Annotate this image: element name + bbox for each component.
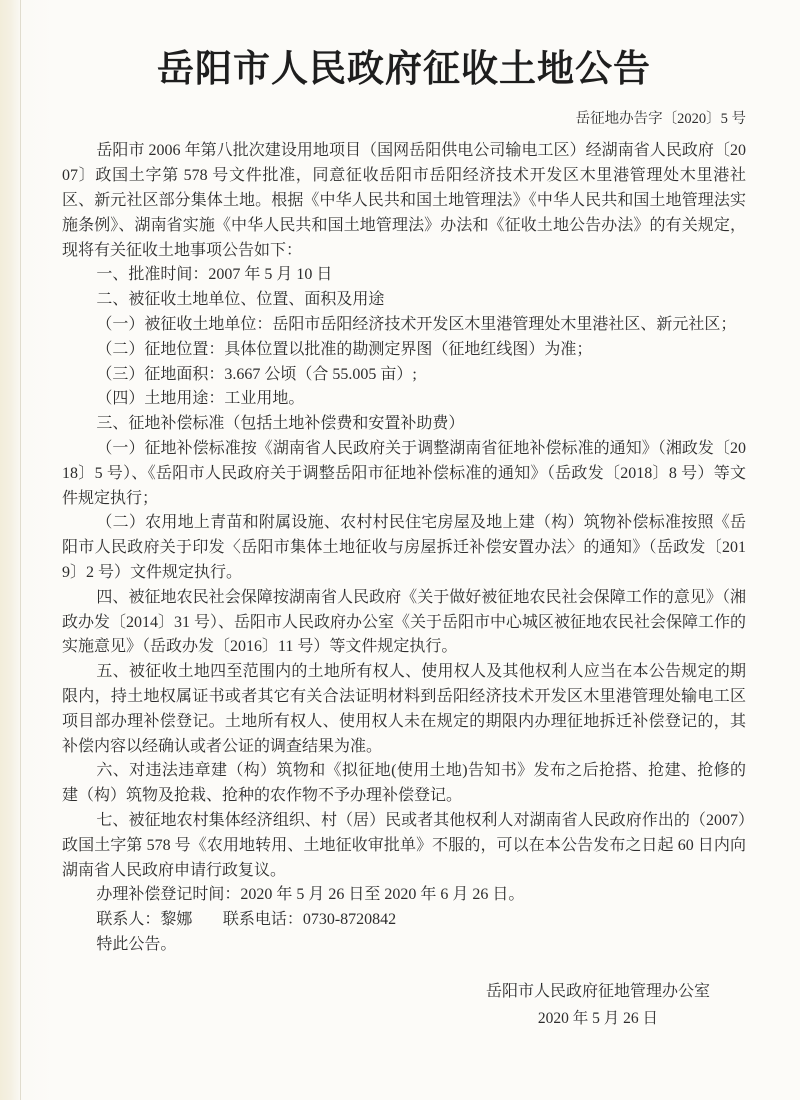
- contact-phone-label: 联系电话：: [223, 911, 303, 928]
- paragraph-illegal-structures: 六、对违法违章建（构）筑物和《拟征地(使用土地)告知书》发布之后抢搭、抢建、抢修…: [62, 759, 746, 809]
- paper-edge: [20, 0, 21, 1100]
- paragraph-land-area: （三）征地面积：3.667 公顷（合 55.005 亩）;: [62, 363, 746, 388]
- paragraph-registration-period: 办理补偿登记时间：2020 年 5 月 26 日至 2020 年 6 月 26 …: [62, 883, 746, 908]
- paragraph-administrative-review: 七、被征地农村集体经济组织、村（居）民或者其他权利人对湖南省人民政府作出的（20…: [62, 809, 746, 883]
- paragraph-land-location: （二）征地位置：具体位置以批准的勘测定界图（征地红线图）为准；: [62, 338, 746, 363]
- contact-person-label: 联系人：: [96, 911, 160, 928]
- paragraph-compensation-standard-1: （一）征地补偿标准按《湖南省人民政府关于调整湖南省征地补偿标准的通知》（湘政发〔…: [62, 437, 746, 511]
- paragraph-section3-heading: 三、征地补偿标准（包括土地补偿费和安置补助费）: [62, 412, 746, 437]
- paragraph-social-security: 四、被征地农民社会保障按湖南省人民政府《关于做好被征地农民社会保障工作的意见》（…: [62, 586, 746, 660]
- paragraph-section2-heading: 二、被征收土地单位、位置、面积及用途: [62, 288, 746, 313]
- paragraph-land-use: （四）土地用途：工业用地。: [62, 387, 746, 412]
- document-content: 岳阳市人民政府征收土地公告 岳征地办告字〔2020〕5 号 岳阳市 2006 年…: [62, 48, 746, 1032]
- document-number: 岳征地办告字〔2020〕5 号: [62, 108, 746, 130]
- signature-org: 岳阳市人民政府征地管理办公室: [486, 978, 710, 1005]
- scanned-document-page: 岳阳市人民政府征收土地公告 岳征地办告字〔2020〕5 号 岳阳市 2006 年…: [0, 0, 800, 1100]
- signature-date: 2020 年 5 月 26 日: [486, 1005, 710, 1032]
- paragraph-registration-notice: 五、被征收土地四至范围内的土地所有权人、使用权人及其他权利人应当在本公告规定的期…: [62, 660, 746, 759]
- paragraph-approval-time: 一、批准时间：2007 年 5 月 10 日: [62, 263, 746, 288]
- signature-block: 岳阳市人民政府征地管理办公室 2020 年 5 月 26 日: [62, 978, 746, 1032]
- contact-line: 联系人：黎娜联系电话：0730-8720842: [62, 908, 746, 933]
- paragraph-land-unit: （一）被征收土地单位：岳阳市岳阳经济技术开发区木里港管理处木里港社区、新元社区；: [62, 313, 746, 338]
- paragraph-compensation-standard-2: （二）农用地上青苗和附属设施、农村村民住宅房屋及地上建（构）筑物补偿标准按照《岳…: [62, 511, 746, 585]
- closing-text: 特此公告。: [62, 933, 746, 958]
- contact-phone-number: 0730-8720842: [303, 911, 396, 928]
- contact-person-name: 黎娜: [160, 911, 192, 928]
- paragraph-intro: 岳阳市 2006 年第八批次建设用地项目（国网岳阳供电公司输电工区）经湖南省人民…: [62, 139, 746, 263]
- page-title: 岳阳市人民政府征收土地公告: [62, 48, 746, 92]
